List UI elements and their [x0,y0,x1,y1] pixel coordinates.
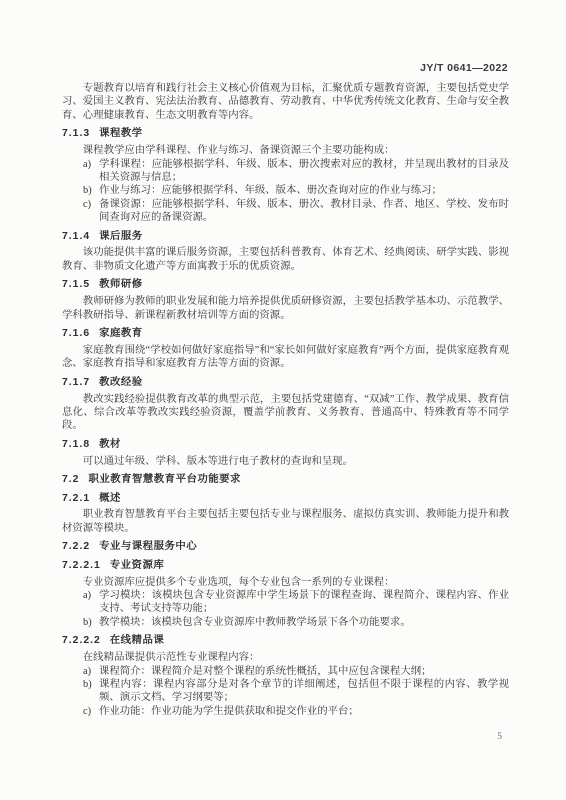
paragraph: 在线精品课提供示范性专业课程内容： [62,651,509,664]
section-number: 7.1.4 [62,231,90,242]
list-item-text: 备课资源：应能够根据学科、年级、版本、册次、教材目录、作者、地区、学校、发布时间… [99,198,509,225]
list-marker: c) [83,198,99,211]
list-item-text: 学习模块：该模块包含专业资源库中学生场景下的课程查询、课程简介、课程内容、作业支… [99,589,509,616]
list-marker: b) [83,678,99,691]
ordered-list: a)学习模块：该模块包含专业资源库中学生场景下的课程查询、课程简介、课程内容、作… [62,589,509,629]
section-number: 7.2.2 [62,541,90,552]
list-item: c)作业功能：作业功能为学生提供获取和提交作业的平台； [62,705,509,718]
section-heading-7.1.5: 7.1.5教师研修 [62,278,509,291]
section-heading-7.2.2.2: 7.2.2.2在线精品课 [62,634,509,647]
section-heading-7.1.7: 7.1.7教改经验 [62,376,509,389]
section-title: 职业教育智慧教育平台功能要求 [88,474,240,485]
list-marker: a) [83,589,99,602]
list-item-text: 课程简介：课程简介是对整个课程的系统性概括，其中应包含课程大纲； [99,665,509,678]
list-item: b)教学模块：该模块包含专业资源库中教师教学场景下各个功能要求。 [62,616,509,629]
paragraph: 职业教育智慧教育平台主要包括主要包括专业与课程服务、虚拟仿真实训、教师能力提升和… [62,508,509,535]
list-item-text: 作业与练习：应能够根据学科、年级、版本、册次查询对应的作业与练习； [99,184,509,197]
ordered-list: a)课程简介：课程简介是对整个课程的系统性概括，其中应包含课程大纲；b)课程内容… [62,665,509,719]
section-title: 教材 [99,439,121,450]
ordered-list: a)学科课程：应能够根据学科、年级、版本、册次搜索对应的教材，并呈现出教材的目录… [62,158,509,225]
list-item: c)备课资源：应能够根据学科、年级、版本、册次、教材目录、作者、地区、学校、发布… [62,198,509,225]
paragraph: 教改实践经验提供教育改革的典型示范，主要包括党建德育、“双减”工作、教学成果、教… [62,393,509,433]
section-number: 7.1.8 [62,439,90,450]
section-title: 家庭教育 [99,328,143,339]
list-item-text: 课程内容：课程内容部分是对各个章节的详细阐述，包括但不限于课程的内容、教学视频、… [99,678,509,705]
section-heading-7.2.2.1: 7.2.2.1专业资源库 [62,559,509,572]
paragraph: 可以通过年级、学科、版本等进行电子教材的查询和呈现。 [62,455,509,468]
list-marker: b) [83,184,99,197]
paragraph: 该功能提供丰富的课后服务资源，主要包括科普教育、体育艺术、经典阅读、研学实践、影… [62,246,509,273]
section-number: 7.1.3 [62,128,90,139]
section-heading-7.1.6: 7.1.6家庭教育 [62,327,509,340]
section-heading-7.2: 7.2职业教育智慧教育平台功能要求 [62,473,509,486]
section-heading-7.1.4: 7.1.4课后服务 [62,230,509,243]
list-item: b)课程内容：课程内容部分是对各个章节的详细阐述，包括但不限于课程的内容、教学视… [62,678,509,705]
list-item-text: 作业功能：作业功能为学生提供获取和提交作业的平台； [99,705,509,718]
list-marker: a) [83,665,99,678]
section-title: 教改经验 [99,377,143,388]
standard-code-header: JY/T 0641—2022 [420,62,508,74]
list-marker: a) [83,158,99,171]
section-heading-7.1.3: 7.1.3课程教学 [62,127,509,140]
section-number: 7.1.7 [62,377,90,388]
section-number: 7.2.2.1 [62,560,101,571]
section-title: 专业与课程服务中心 [99,541,197,552]
list-item-text: 学科课程：应能够根据学科、年级、版本、册次搜索对应的教材，并呈现出教材的目录及相… [99,158,509,185]
section-title: 课后服务 [99,231,143,242]
section-heading-7.1.8: 7.1.8教材 [62,438,509,451]
list-item: a)课程简介：课程简介是对整个课程的系统性概括，其中应包含课程大纲； [62,665,509,678]
list-marker: b) [83,616,99,629]
section-title: 在线精品课 [110,635,164,646]
section-number: 7.2 [62,474,79,485]
section-number: 7.1.6 [62,328,90,339]
paragraph: 课程教学应由学科课程、作业与练习、备课资源三个主要功能构成： [62,144,509,157]
list-item: a)学科课程：应能够根据学科、年级、版本、册次搜索对应的教材，并呈现出教材的目录… [62,158,509,185]
section-number: 7.2.1 [62,493,90,504]
list-item: b)作业与练习：应能够根据学科、年级、版本、册次查询对应的作业与练习； [62,184,509,197]
paragraph: 专题教育以培育和践行社会主义核心价值观为目标，汇聚优质专题教育资源，主要包括党史… [62,82,509,122]
section-title: 课程教学 [99,128,143,139]
list-marker: c) [83,705,99,718]
section-title: 概述 [99,493,121,504]
paragraph: 专业资源库应提供多个专业选项，每个专业包含一系列的专业课程： [62,576,509,589]
section-title: 教师研修 [99,279,143,290]
paragraph: 家庭教育围绕“学校如何做好家庭指导”和“家长如何做好家庭教育”两个方面，提供家庭… [62,344,509,371]
list-item: a)学习模块：该模块包含专业资源库中学生场景下的课程查询、课程简介、课程内容、作… [62,589,509,616]
section-heading-7.2.1: 7.2.1概述 [62,492,509,505]
document-page: JY/T 0641—2022 专题教育以培育和践行社会主义核心价值观为目标，汇聚… [0,0,566,800]
document-body: 专题教育以培育和践行社会主义核心价值观为目标，汇聚优质专题教育资源，主要包括党史… [62,82,509,718]
list-item-text: 教学模块：该模块包含专业资源库中教师教学场景下各个功能要求。 [99,616,509,629]
section-number: 7.1.5 [62,279,90,290]
section-number: 7.2.2.2 [62,635,101,646]
section-heading-7.2.2: 7.2.2专业与课程服务中心 [62,540,509,553]
page-number: 5 [497,732,502,742]
paragraph: 教师研修为教师的职业发展和能力培养提供优质研修资源，主要包括教学基本功、示范教学… [62,295,509,322]
section-title: 专业资源库 [110,560,164,571]
